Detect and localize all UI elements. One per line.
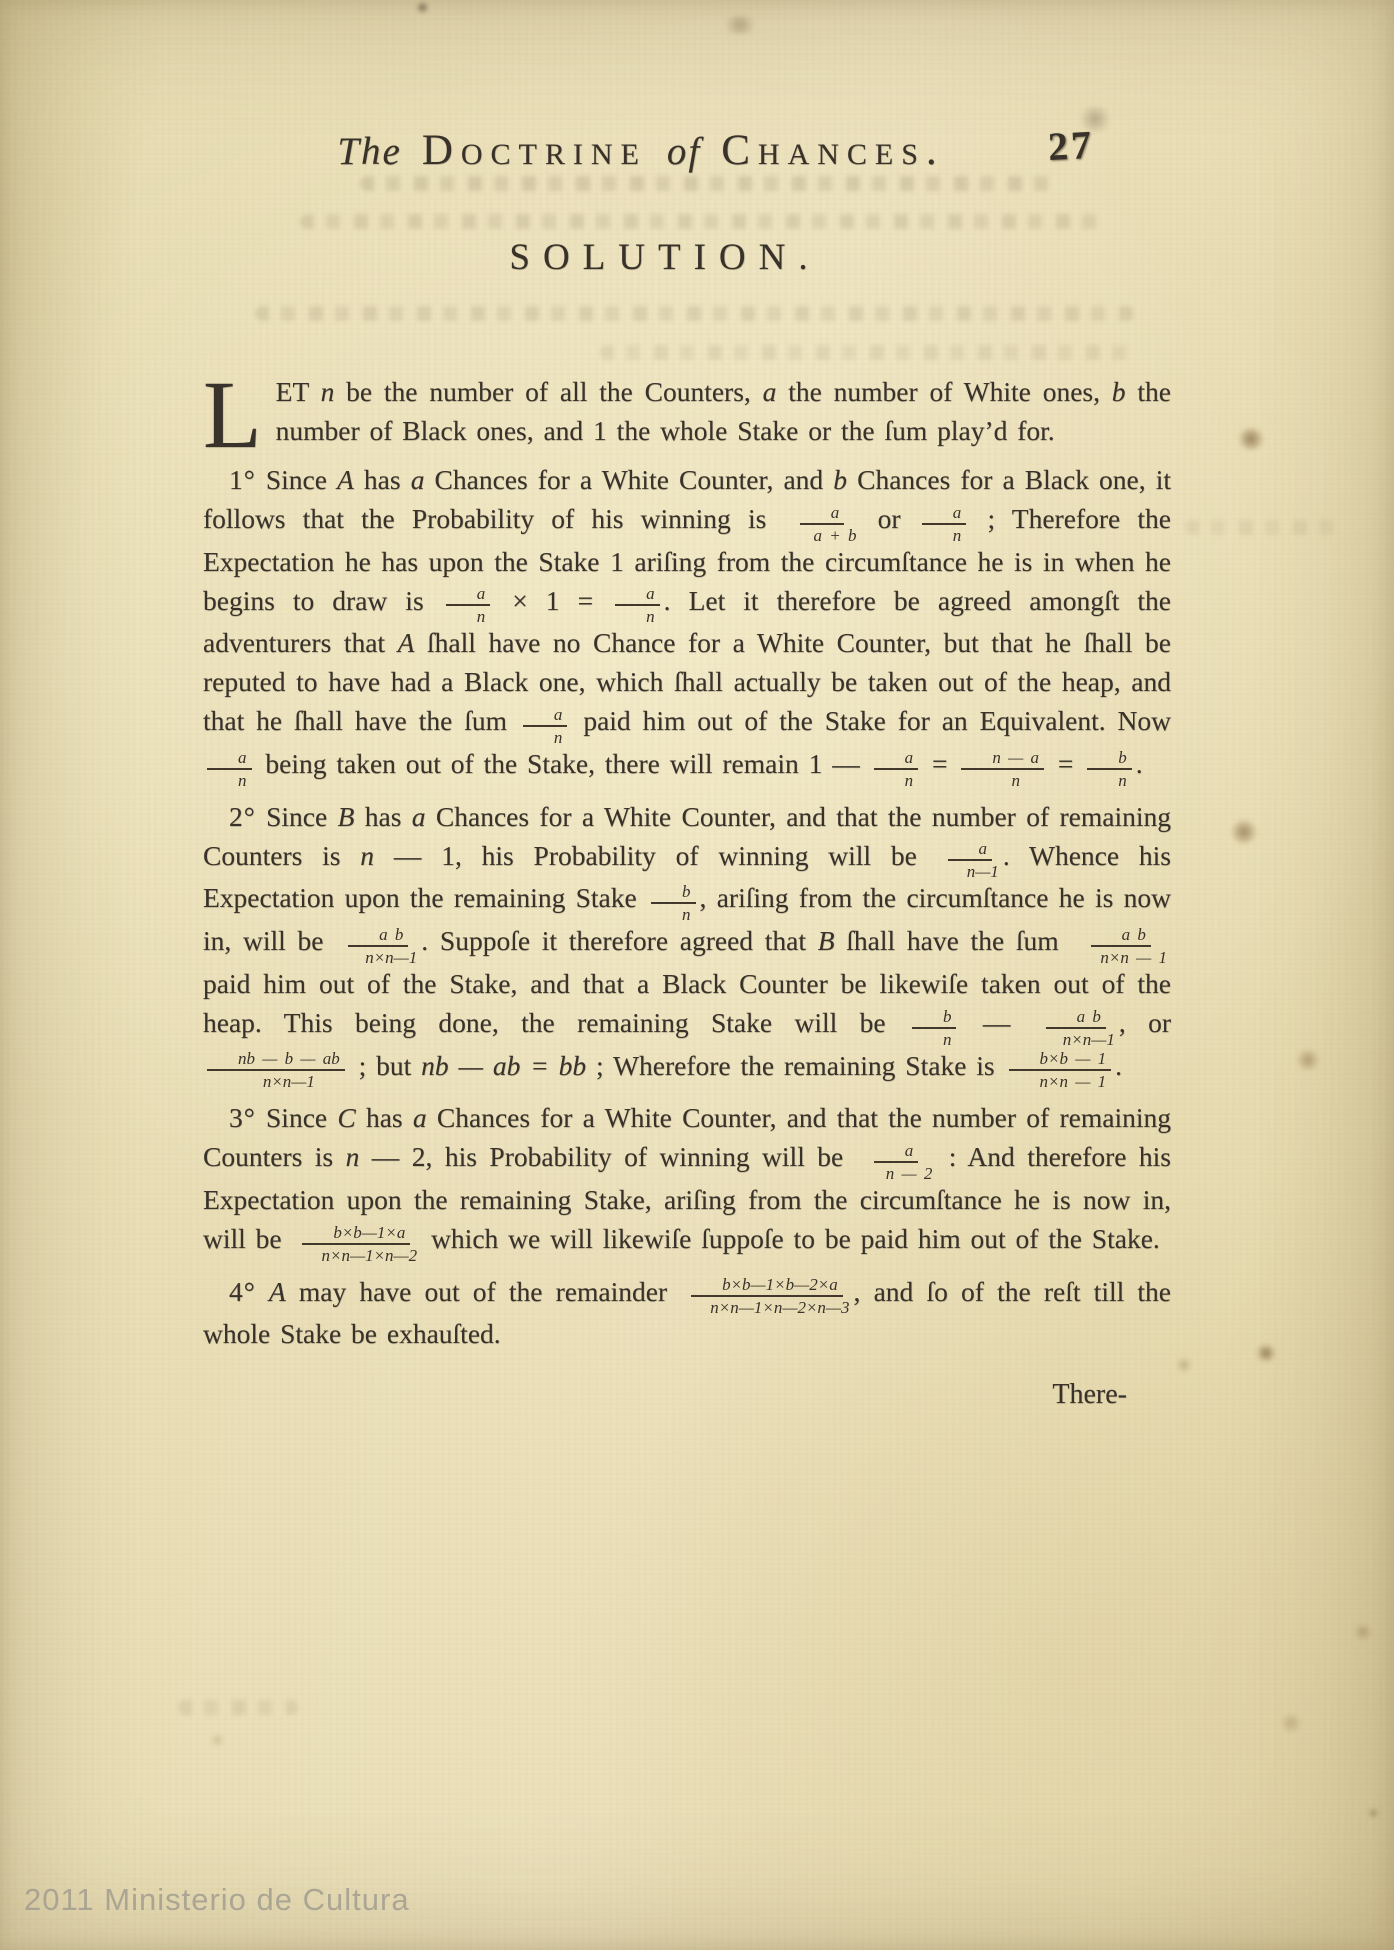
- body-text: LET n be the number of all the Counters,…: [203, 372, 1171, 1414]
- inline-fraction: a bn×n—1: [339, 926, 417, 966]
- section-heading: SOLUTION.: [509, 236, 820, 279]
- running-header: The Doctrine of Chances.: [329, 126, 944, 175]
- fox-spot: [1280, 1714, 1302, 1732]
- paragraph: 3° Since C has a Chances for a White Cou…: [203, 1098, 1171, 1261]
- fox-spot: [1368, 1808, 1379, 1818]
- inline-fraction: aa + b: [788, 504, 857, 544]
- drop-cap: L: [203, 372, 276, 452]
- book-page-scan: The Doctrine of Chances. 27 SOLUTION. LE…: [0, 0, 1394, 1950]
- header-word-of: of: [659, 130, 709, 173]
- inline-fraction: b×b—1×an×n—1×n—2: [296, 1224, 418, 1264]
- bleed-through-mark: [600, 345, 1140, 360]
- italic-text: A: [337, 464, 354, 495]
- inline-fraction: an: [874, 749, 919, 789]
- library-watermark: 2011 Ministerio de Cultura: [24, 1882, 410, 1918]
- inline-fraction: bn: [651, 883, 696, 923]
- fox-spot: [1238, 428, 1264, 450]
- italic-text: n: [360, 840, 374, 871]
- inline-fraction: an: [207, 749, 252, 789]
- italic-text: a: [412, 801, 426, 832]
- paragraph: LET n be the number of all the Counters,…: [203, 372, 1171, 450]
- inline-fraction: b×b — 1n×n — 1: [1009, 1050, 1112, 1090]
- ordinal-marker: 1°: [229, 464, 256, 495]
- header-word-the: The: [329, 130, 410, 173]
- italic-text: a: [411, 464, 425, 495]
- fox-spot: [1256, 1344, 1276, 1362]
- italic-text: B: [818, 925, 835, 956]
- fox-spot: [1297, 1050, 1319, 1070]
- catchword: There-: [203, 1375, 1171, 1414]
- italic-text: A: [398, 627, 415, 658]
- inline-fraction: an: [446, 585, 491, 625]
- inline-fraction: an — 2: [860, 1142, 933, 1182]
- inline-fraction: b×b—1×b—2×an×n—1×n—2×n—3: [684, 1276, 849, 1316]
- ordinal-marker: 2°: [229, 801, 256, 832]
- inline-fraction: a bn×n—1: [1037, 1008, 1115, 1048]
- bleed-through-mark: [255, 306, 1135, 321]
- inline-fraction: n — an: [961, 749, 1044, 789]
- fox-spot: [210, 1734, 225, 1746]
- italic-text: nb — ab = bb: [421, 1050, 586, 1081]
- inline-fraction: nb — b — abn×n—1: [207, 1050, 345, 1090]
- italic-text: C: [337, 1102, 355, 1133]
- inline-fraction: an: [523, 706, 568, 746]
- italic-text: n: [321, 376, 335, 407]
- italic-text: b: [833, 464, 847, 495]
- inline-fraction: an: [922, 504, 967, 544]
- paragraph: 1° Since A has a Chances for a White Cou…: [203, 460, 1171, 787]
- fox-spot: [416, 2, 429, 13]
- fox-spot: [1231, 820, 1257, 844]
- italic-text: n: [346, 1141, 360, 1172]
- inline-fraction: an: [615, 585, 660, 625]
- bleed-through-mark: [360, 176, 1060, 191]
- header-word-chances: Chances.: [721, 127, 944, 174]
- inline-fraction: an—1: [941, 840, 999, 880]
- smudge: [722, 16, 758, 34]
- bleed-through-mark: [1185, 520, 1335, 535]
- italic-text: b: [1112, 376, 1126, 407]
- bleed-through-mark: [178, 1700, 298, 1715]
- italic-text: B: [338, 801, 355, 832]
- inline-fraction: bn: [912, 1008, 957, 1048]
- fox-spot: [1176, 1358, 1192, 1372]
- ordinal-marker: 4°: [229, 1276, 256, 1307]
- fox-spot: [1354, 1624, 1372, 1640]
- bleed-through-mark: [300, 214, 1110, 229]
- inline-fraction: a bn×n — 1: [1074, 926, 1167, 966]
- header-word-doctrine: Doctrine: [422, 127, 647, 174]
- paragraph: 4° A may have out of the remainder b×b—1…: [203, 1272, 1171, 1354]
- ordinal-marker: 3°: [229, 1102, 256, 1133]
- paragraph: 2° Since B has a Chances for a White Cou…: [203, 797, 1171, 1088]
- italic-text: a: [763, 376, 777, 407]
- page-number: 27: [1047, 121, 1095, 170]
- italic-text: a: [413, 1102, 427, 1133]
- inline-fraction: bn: [1087, 749, 1132, 789]
- italic-text: A: [269, 1276, 286, 1307]
